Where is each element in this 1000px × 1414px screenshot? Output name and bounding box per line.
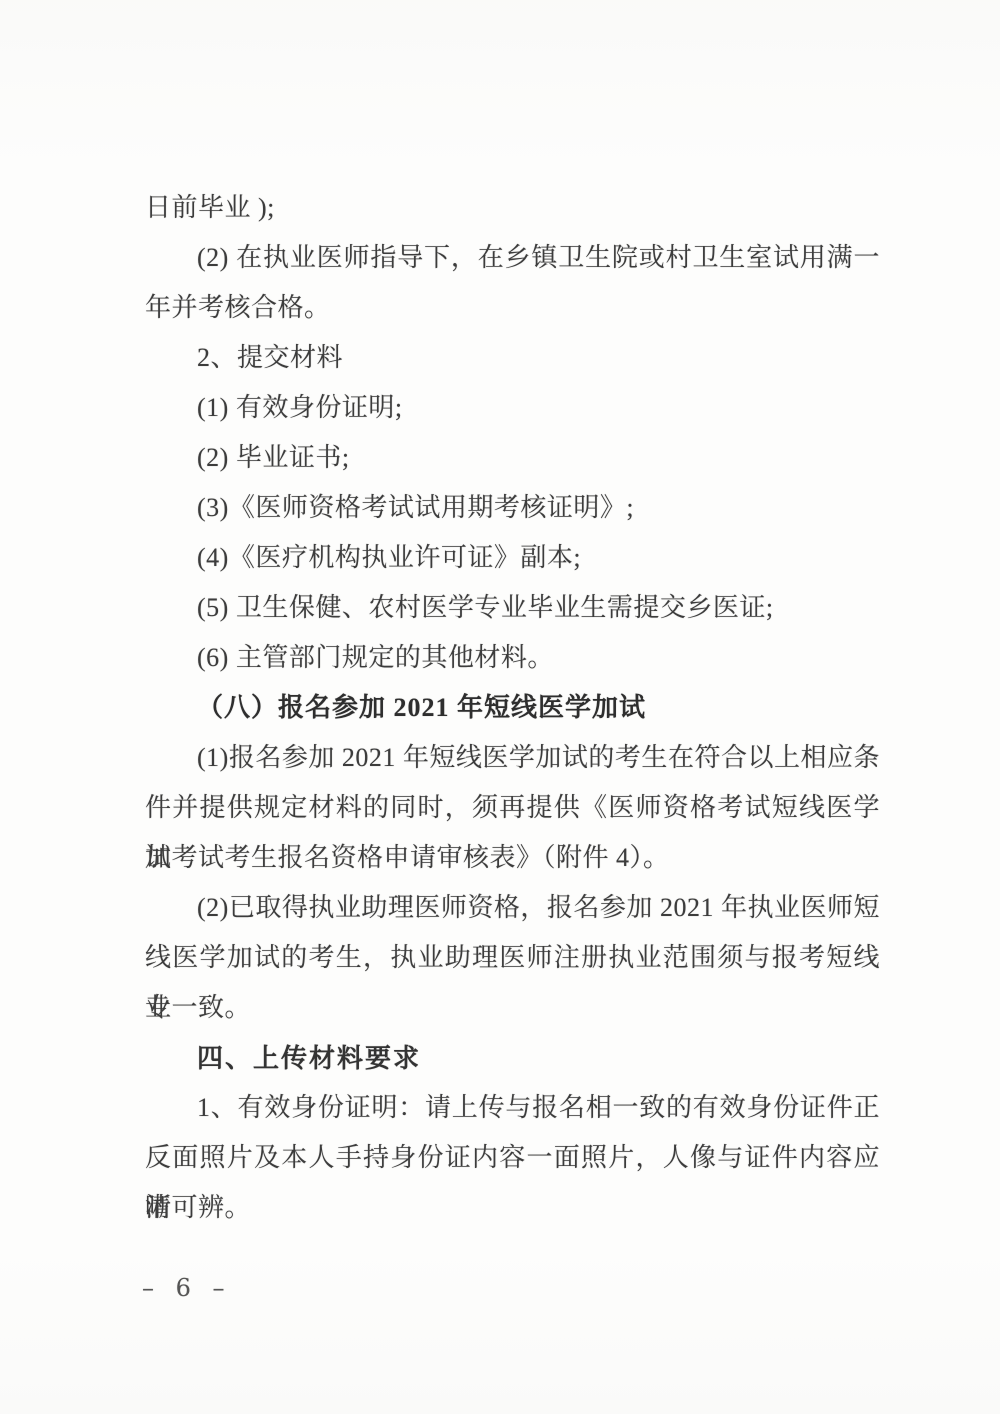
text-line-2: (2) 在执业医师指导下，在乡镇卫生院或村卫生室试用满一 xyxy=(145,233,880,283)
heading-section-eight: （八）报名参加 2021 年短线医学加试 xyxy=(145,683,880,733)
text-line-8: (4)《医疗机构执业许可证》副本; xyxy=(145,533,880,583)
text-line-7: (3)《医师资格考试试用期考核证明》; xyxy=(145,483,880,533)
text-line-13: 件并提供规定材料的同时，须再提供《医师资格考试短线医学加 xyxy=(145,783,880,833)
text-line-21: 晰可辨。 xyxy=(145,1183,880,1233)
heading-section-four: 四、上传材料要求 xyxy=(145,1033,880,1083)
text-line-15: (2)已取得执业助理医师资格，报名参加 2021 年执业医师短 xyxy=(145,883,880,933)
text-line-9: (5) 卫生保健、农村医学专业毕业生需提交乡医证; xyxy=(145,583,880,633)
text-line-19: 1、有效身份证明：请上传与报名相一致的有效身份证件正 xyxy=(145,1083,880,1133)
text-line-12: (1)报名参加 2021 年短线医学加试的考生在符合以上相应条 xyxy=(145,733,880,783)
page-number: – 6 – xyxy=(142,1268,232,1308)
text-line-5: (1) 有效身份证明; xyxy=(145,383,880,433)
text-line-16: 线医学加试的考生，执业助理医师注册执业范围须与报考短线专 xyxy=(145,933,880,983)
text-line-17: 业一致。 xyxy=(145,983,880,1033)
text-line-20: 反面照片及本人手持身份证内容一面照片，人像与证件内容应清 xyxy=(145,1133,880,1183)
page-content: 日前毕业 ); (2) 在执业医师指导下，在乡镇卫生院或村卫生室试用满一 年并考… xyxy=(145,183,880,1233)
text-line-10: (6) 主管部门规定的其他材料。 xyxy=(145,633,880,683)
text-line-4: 2、提交材料 xyxy=(145,333,880,383)
document-page: 日前毕业 ); (2) 在执业医师指导下，在乡镇卫生院或村卫生室试用满一 年并考… xyxy=(0,0,1000,1414)
text-line-14: 试考试考生报名资格申请审核表》（附件 4）。 xyxy=(145,833,880,883)
text-line-6: (2) 毕业证书; xyxy=(145,433,880,483)
text-line-3: 年并考核合格。 xyxy=(145,283,880,333)
text-line-1: 日前毕业 ); xyxy=(145,183,880,233)
